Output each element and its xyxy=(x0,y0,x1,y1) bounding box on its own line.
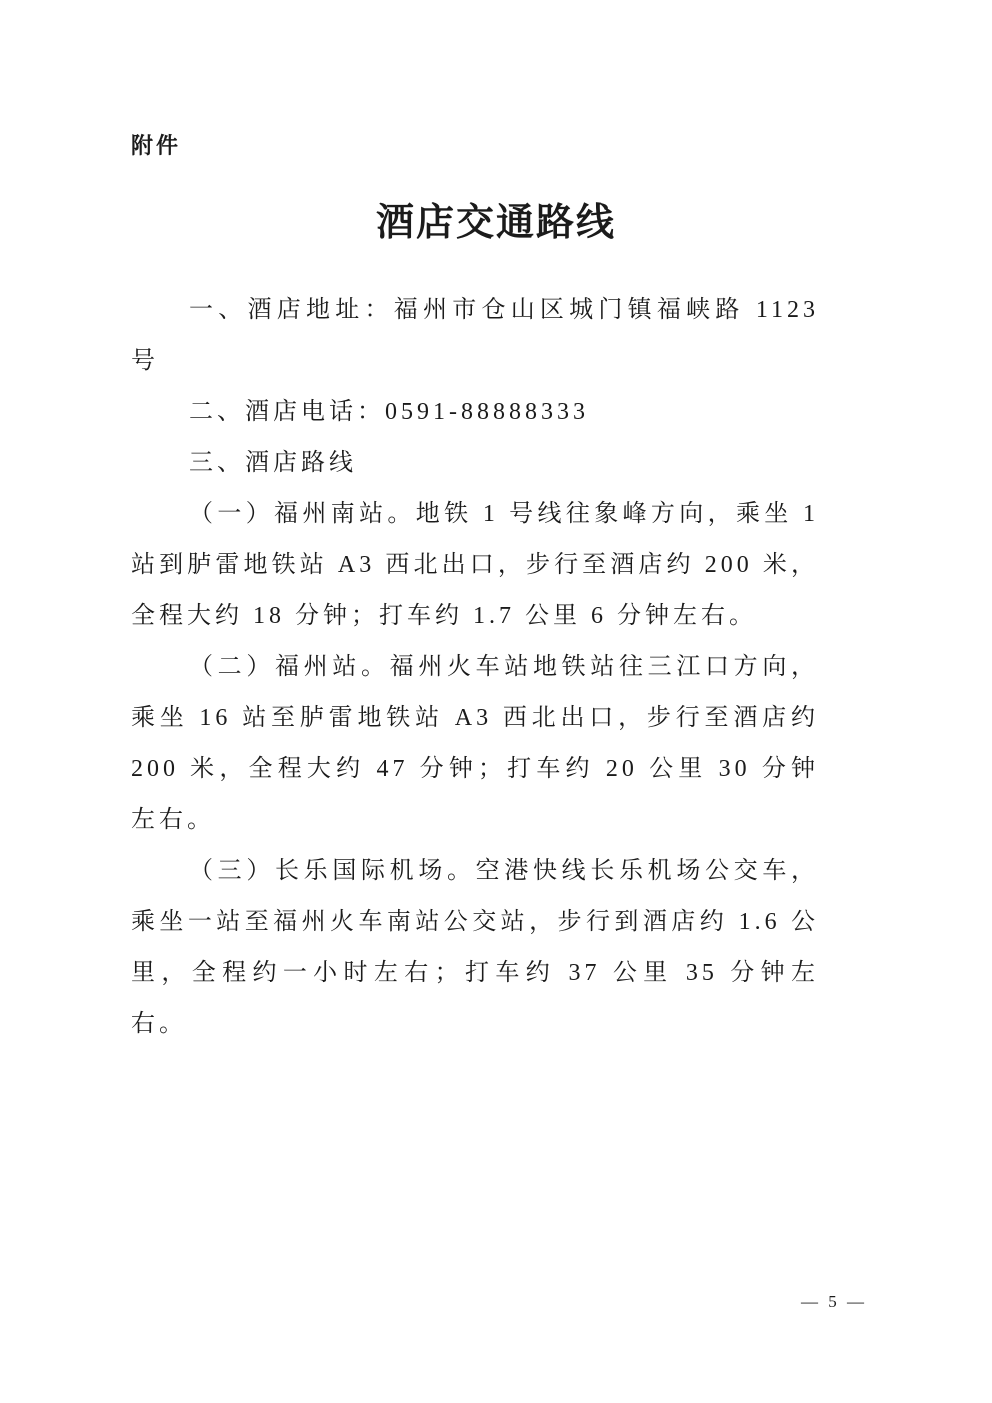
document-page: 附件 酒店交通路线 一、酒店地址：福州市仓山区城门镇福峡路 1123 号 二、酒… xyxy=(0,0,992,1403)
document-body: 一、酒店地址：福州市仓山区城门镇福峡路 1123 号 二、酒店电话：0591-8… xyxy=(131,285,819,1050)
item-hotel-routes-heading: 三、酒店路线 xyxy=(131,438,819,489)
route-paragraph-changle-airport: （三）长乐国际机场。空港快线长乐机场公交车，乘坐一站至福州火车南站公交站，步行到… xyxy=(131,846,819,1050)
item-hotel-address: 一、酒店地址：福州市仓山区城门镇福峡路 1123 号 xyxy=(131,285,819,387)
attachment-label: 附件 xyxy=(131,132,181,160)
route-paragraph-fuzhou-south-station: （一）福州南站。地铁 1 号线往象峰方向，乘坐 1 站到胪雷地铁站 A3 西北出… xyxy=(131,489,819,642)
page-title: 酒店交通路线 xyxy=(0,200,992,246)
page-number: — 5 — xyxy=(801,1291,867,1313)
item-hotel-phone: 二、酒店电话：0591-88888333 xyxy=(131,387,819,438)
route-paragraph-fuzhou-station: （二）福州站。福州火车站地铁站往三江口方向，乘坐 16 站至胪雷地铁站 A3 西… xyxy=(131,642,819,846)
